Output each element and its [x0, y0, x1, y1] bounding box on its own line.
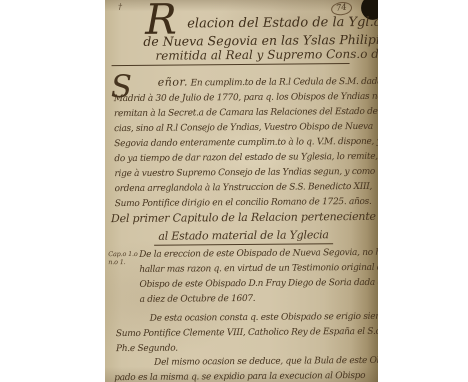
manuscript-line: pado es la misma q. se expidio para la e… [114, 369, 368, 382]
document-title-line-3: remitida al Real y Supremo Cons.o de Ynd… [155, 46, 378, 62]
margin-note-line-1: Cap.o 1.o [108, 250, 140, 258]
manuscript-line: Obispo de este Obispado D.n Fray Diego d… [139, 276, 367, 293]
title-underline-rule [112, 63, 350, 66]
manuscript-page: † 74 R elacion del Estado de la Ygl.a de… [105, 0, 378, 382]
paragraph-4: Del mismo ocasion se deduce, que la Bula… [114, 354, 368, 382]
salutation-text: eñor. [158, 75, 188, 88]
margin-note: Cap.o 1.o n.o 1. [108, 250, 140, 266]
paragraph-2: De la ereccion de este Obispado de Nueva… [139, 246, 368, 308]
document-title-line-1: elacion del Estado de la Ygl.a [187, 15, 378, 32]
paragraph-1: eñor. En cumplim.to de la R.l Cedula de … [114, 73, 365, 212]
manuscript-line: eñor. En cumplim.to de la R.l Cedula de … [114, 73, 364, 92]
handwritten-text-layer: † 74 R elacion del Estado de la Ygl.a de… [105, 0, 378, 382]
scanned-manuscript-view: † 74 R elacion del Estado de la Ygl.a de… [0, 0, 468, 382]
manuscript-line: a diez de Octubre de 1607. [140, 291, 368, 308]
corner-mark: † [118, 2, 122, 11]
manuscript-line-text: En cumplim.to de la R.l Cedula de S.M. d… [191, 77, 378, 89]
chapter-subheading-line-2-underlined: al Estado material de la Yglecia [154, 227, 333, 246]
manuscript-line: Sumo Pontifice Clemente VIII, Catholico … [116, 325, 368, 342]
chapter-subheading: Del primer Capitulo de la Relacion perte… [107, 210, 378, 246]
paragraph-3: De esta ocasion consta q. este Obispado … [116, 310, 368, 357]
margin-note-line-2: n.o 1. [108, 258, 140, 266]
chapter-subheading-line-1: Del primer Capitulo de la Relacion perte… [107, 210, 378, 225]
